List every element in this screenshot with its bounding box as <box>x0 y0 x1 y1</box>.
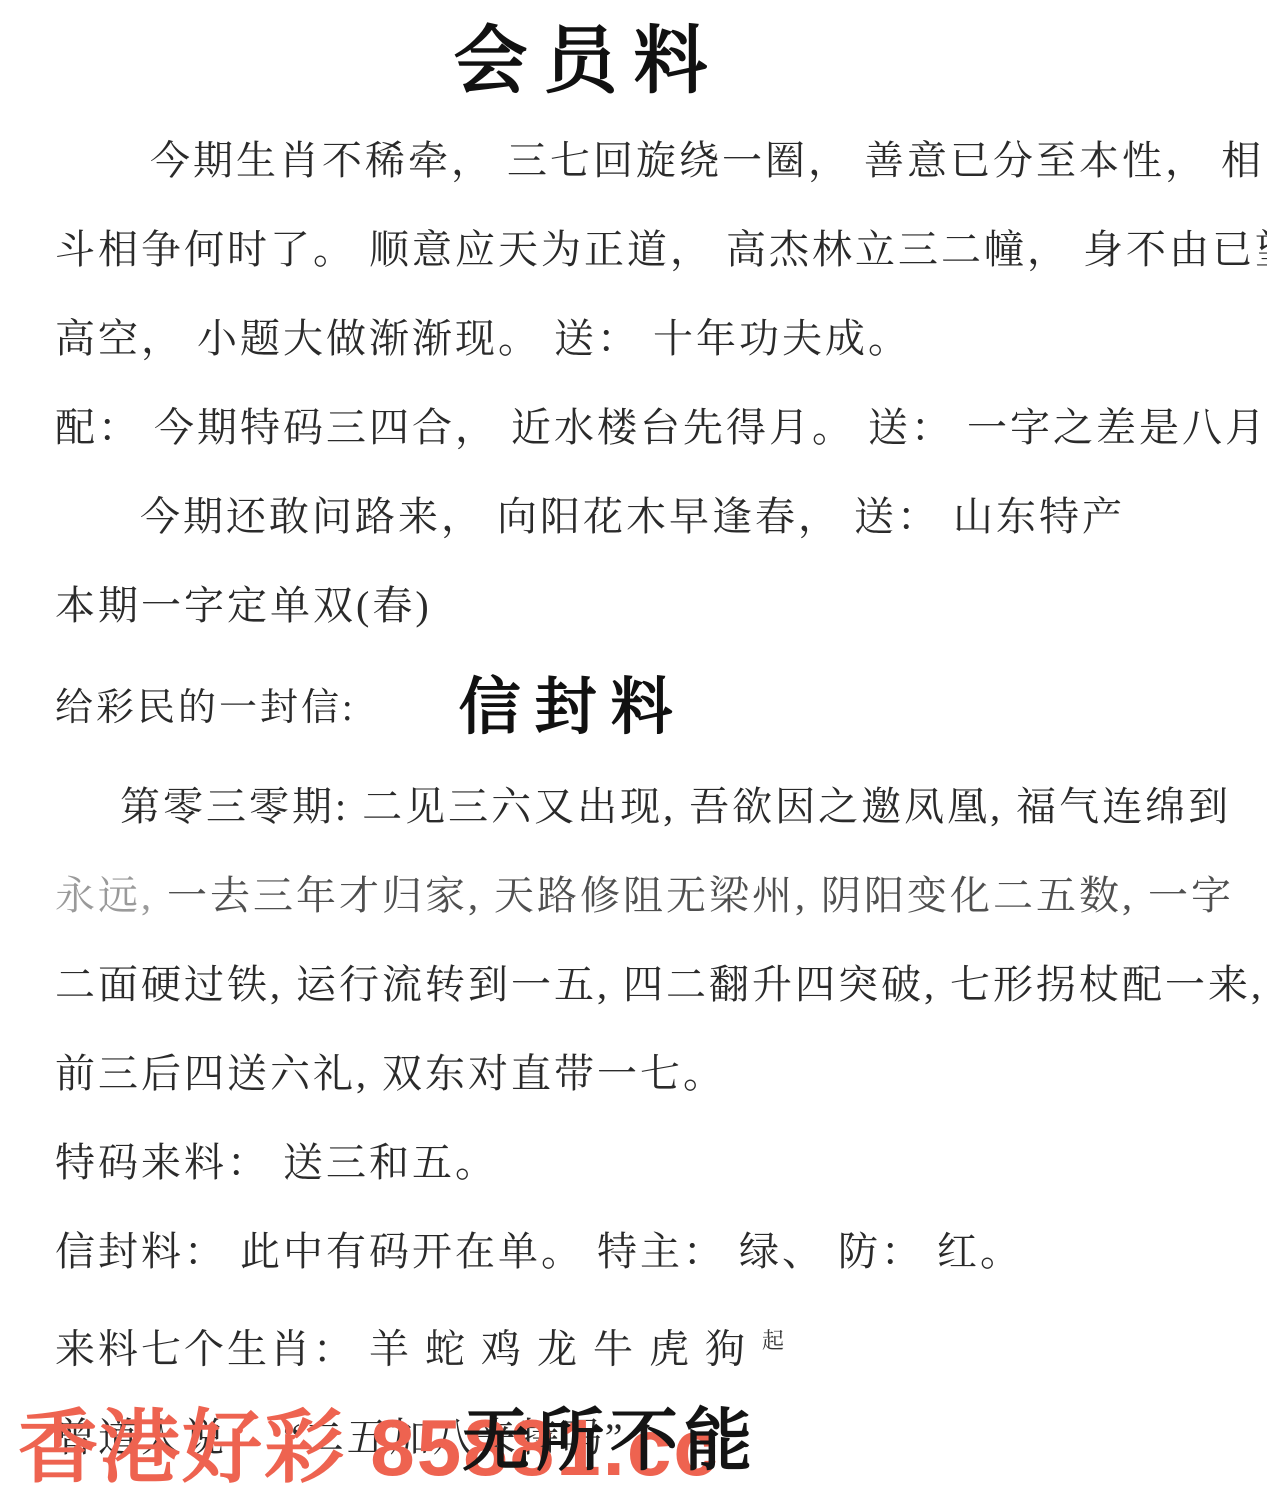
zodiac-line-text: 来料七个生肖： 羊 蛇 鸡 龙 牛 虎 狗 <box>55 1326 748 1371</box>
letter-to-punters-label: 给彩民的一封信: <box>55 687 356 729</box>
member-text-line-2: 斗相争何时了。 顺意应天为正道， 高杰林立三二幢， 身不由已望 <box>55 205 1217 294</box>
envelope-result-line: 信封料： 此中有码开在单。 特主： 绿、 防： 红。 <box>55 1207 1217 1296</box>
member-text-line-1: 今期生肖不稀牵， 三七回旋绕一圈， 善意已分至本性， 相 <box>55 116 1217 205</box>
envelope-text-line-4: 前三后四送六礼, 双东对直带一七。 <box>55 1029 1217 1118</box>
document-page: 会员料 今期生肖不稀牵， 三七回旋绕一圈， 善意已分至本性， 相 斗相争何时了。… <box>0 0 1267 1500</box>
tema-line: 特码来料： 送三和五。 <box>55 1118 1217 1207</box>
envelope-text-line-2-rest: 一去三年才归家, 天路修阻无梁州, 阴阳变化二五数, 一字 <box>154 873 1234 918</box>
zodiac-line: 来料七个生肖： 羊 蛇 鸡 龙 牛 虎 狗起 <box>55 1296 1217 1393</box>
page-title: 会员料 <box>0 8 1222 116</box>
member-text-line-3: 高空， 小题大做渐渐现。 送： 十年功夫成。 <box>55 294 1217 383</box>
faded-words: 永远, <box>55 873 154 918</box>
member-text-line-6: 本期一字定单双(春) <box>55 561 1217 650</box>
zodiac-superscript-mark: 起 <box>762 1328 784 1353</box>
envelope-heading-line: 给彩民的一封信: 信封料 <box>55 650 1217 762</box>
zengdaoren-line: 曾道人说： “二五加八来特吗” <box>55 1393 1217 1482</box>
envelope-text-line-1: 第零三零期: 二见三六又出现, 吾欲因之邀凤凰, 福气连绵到 <box>55 762 1217 851</box>
document-body: 今期生肖不稀牵， 三七回旋绕一圈， 善意已分至本性， 相 斗相争何时了。 顺意应… <box>0 116 1267 1482</box>
envelope-section-title: 信封料 <box>459 674 687 742</box>
member-text-line-5: 今期还敢问路来， 向阳花木早逢春， 送： 山东特产 <box>55 472 1217 561</box>
member-pei-line: 配： 今期特码三四合， 近水楼台先得月。 送： 一字之差是八月。 <box>55 383 1217 472</box>
envelope-text-line-2: 永远, 一去三年才归家, 天路修阻无梁州, 阴阳变化二五数, 一字 <box>55 851 1217 940</box>
envelope-text-line-3: 二面硬过铁, 运行流转到一五, 四二翻升四突破, 七形拐杖配一来, <box>55 940 1217 1029</box>
